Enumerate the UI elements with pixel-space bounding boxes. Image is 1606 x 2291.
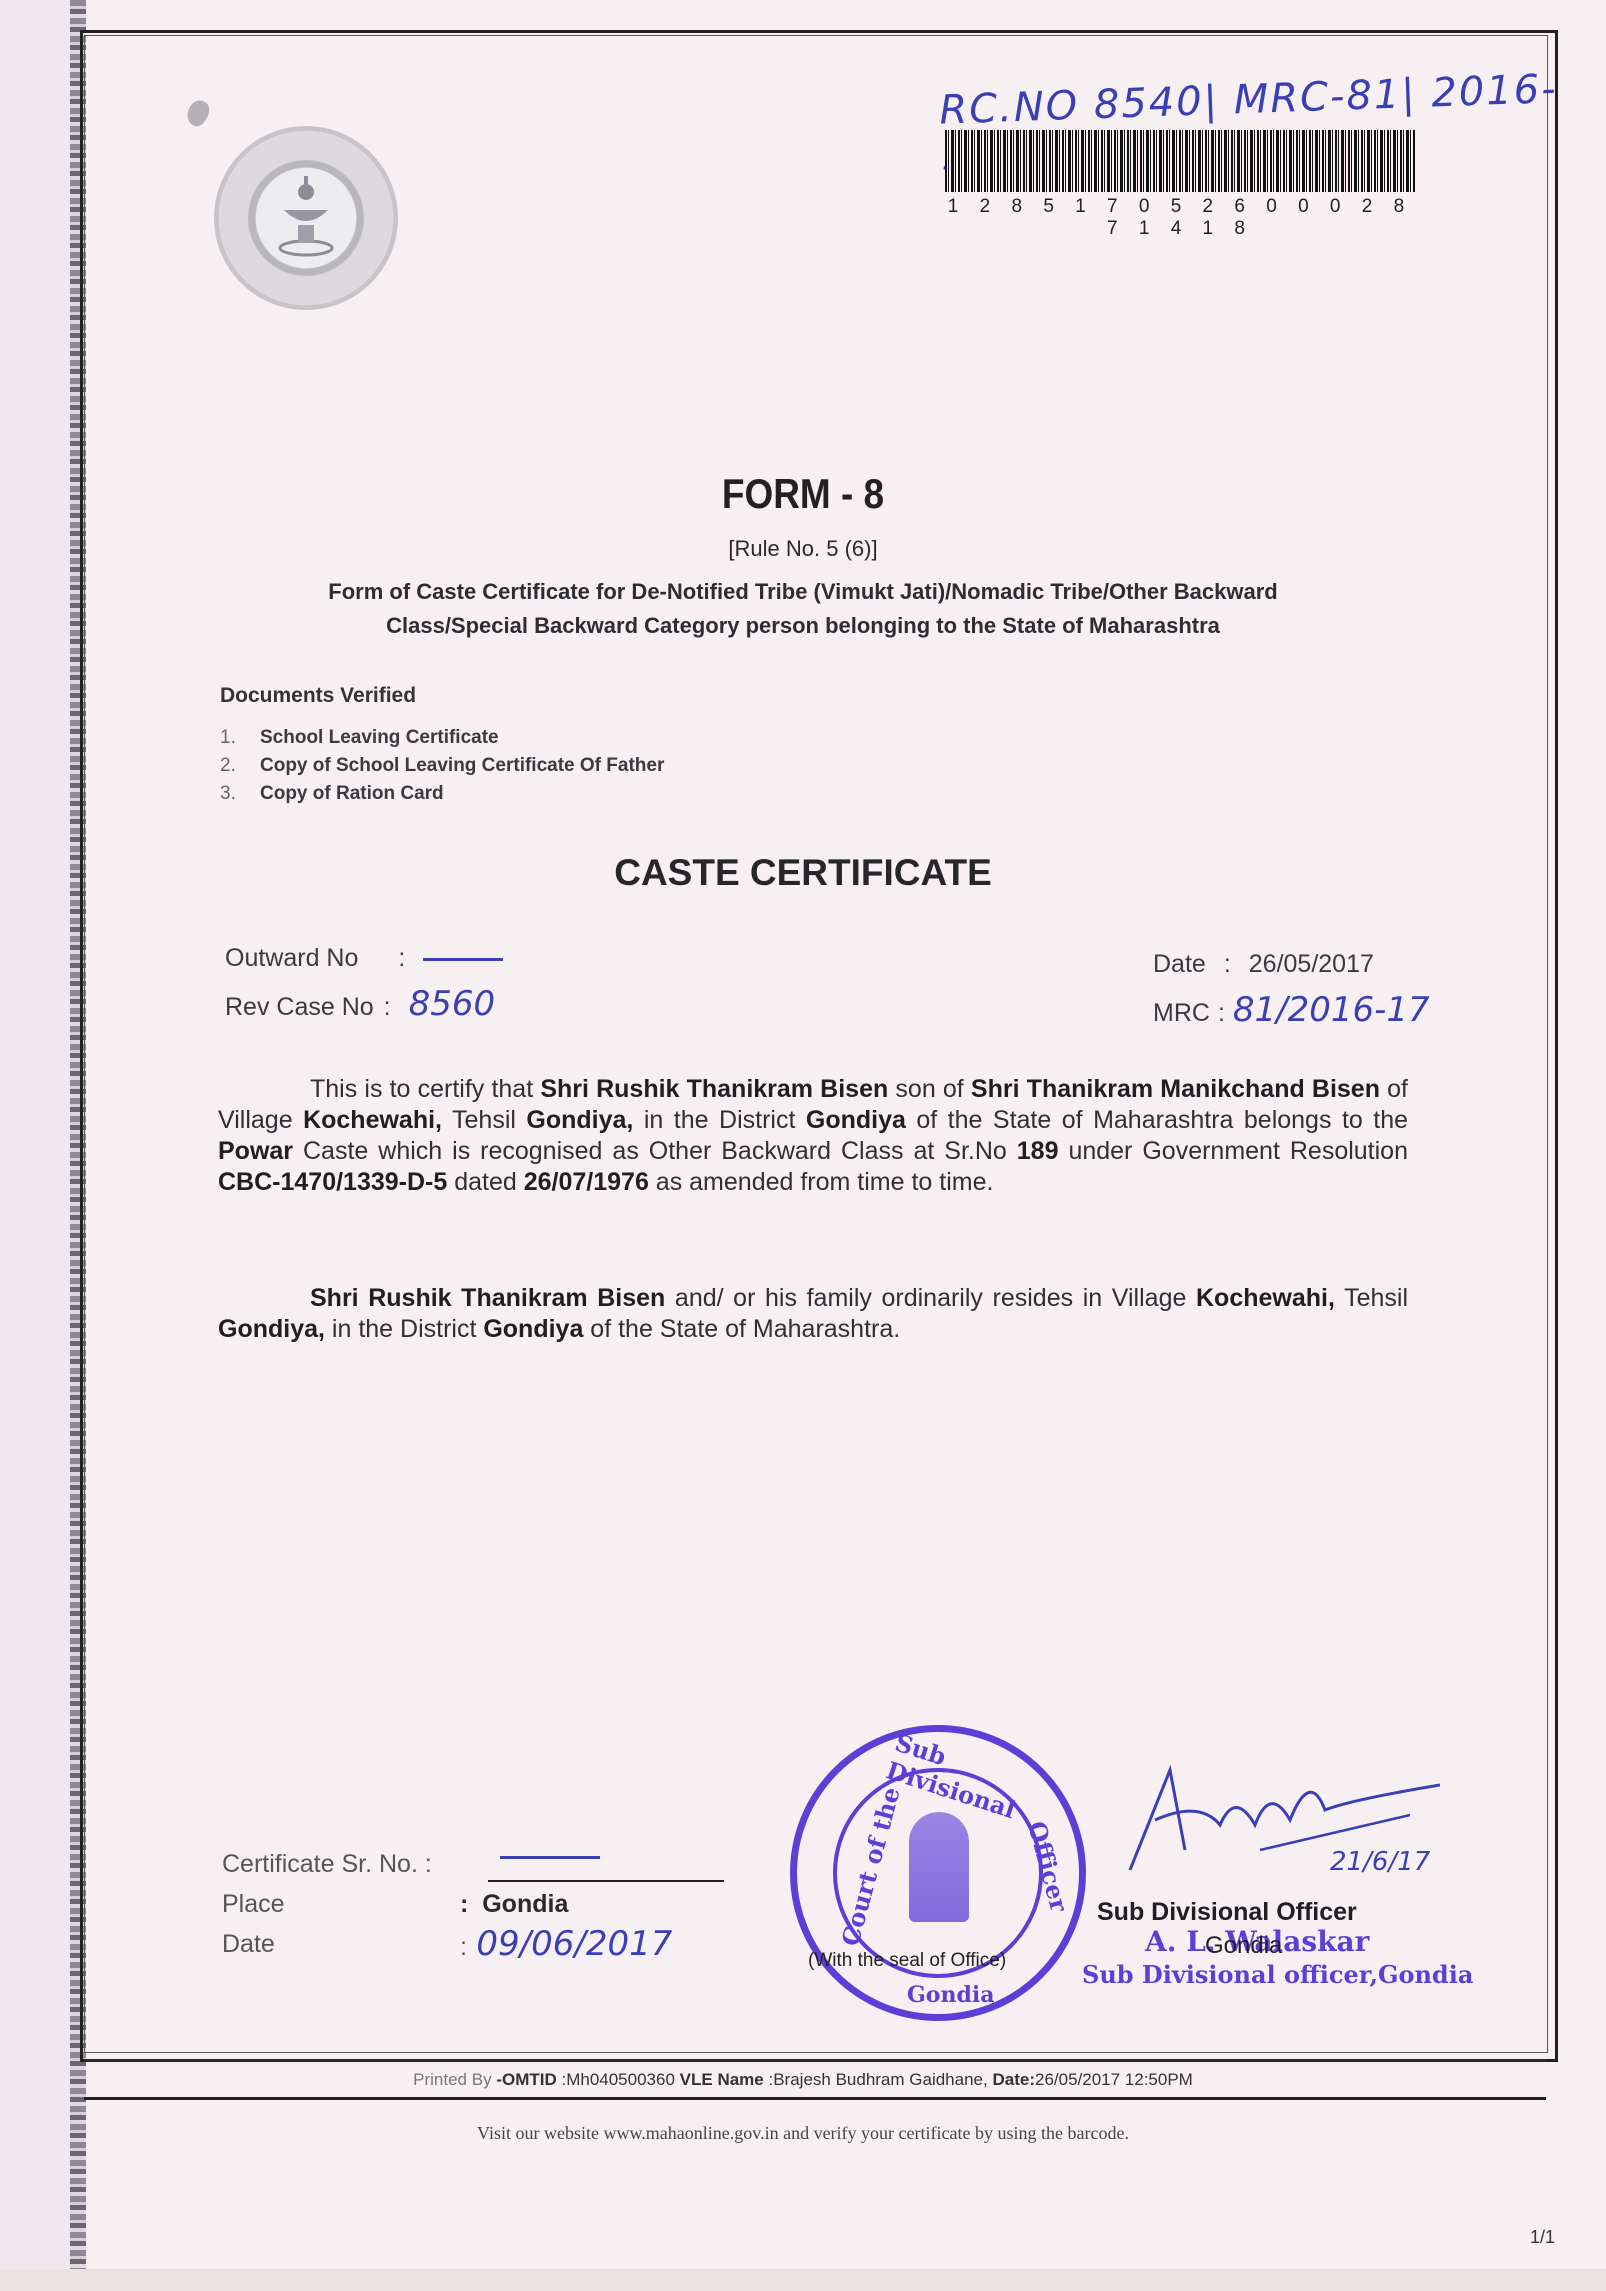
document-item: 3.Copy of Ration Card (220, 780, 664, 808)
barcode-number: 1 2 8 5 1 7 0 5 2 6 0 0 0 2 8 7 1 4 1 8 (945, 196, 1415, 240)
place-value: : Gondia (460, 1890, 568, 1919)
scan-margin (0, 0, 70, 2291)
signatory-designation-stamp: Sub Divisional officer,Gondia (1082, 1960, 1473, 1989)
scan-bottom-edge (0, 2269, 1606, 2291)
barcode (945, 130, 1415, 192)
place-label: Place (222, 1890, 285, 1919)
documents-verified-list: 1.School Leaving Certificate 2.Copy of S… (220, 724, 664, 808)
certificate-sr-no-value (500, 1856, 600, 1859)
issue-date-value: : 09/06/2017 (460, 1924, 672, 1964)
issue-date-label: Date (222, 1930, 275, 1959)
lamp-emblem-icon (276, 170, 336, 260)
document-item: 1.School Leaving Certificate (220, 724, 664, 752)
subtitle-line-1: Form of Caste Certificate for De-Notifie… (200, 575, 1406, 609)
ashoka-emblem-icon (909, 1812, 969, 1922)
signatory-place: Gondia (1205, 1932, 1282, 1960)
office-seal-stamp: Sub Divisional Court of the Officer Gond… (790, 1725, 1086, 2021)
footer-border (84, 2097, 1546, 2100)
certificate-sr-no-label: Certificate Sr. No. : (222, 1850, 432, 1879)
certificate-date-value: 26/05/2017 (1249, 950, 1374, 978)
footer-divider (84, 2060, 1546, 2061)
signature-icon: 21/6/17 (1110, 1730, 1440, 1880)
outward-no-value (423, 958, 503, 961)
rev-case-no-row: Rev Case No:8560 (225, 984, 495, 1024)
outward-no-row: Outward No: (225, 944, 503, 973)
form-title: FORM - 8 (96, 470, 1509, 518)
website-note: Visit our website www.mahaonline.gov.in … (0, 2123, 1606, 2144)
certificate-date-row: Date:26/05/2017 (1153, 950, 1374, 979)
signatory-title: Sub Divisional Officer (1097, 1898, 1357, 1927)
printed-by-line: Printed By -OMTID :Mh040500360 VLE Name … (0, 2070, 1606, 2090)
maharashtra-seal-icon (218, 130, 394, 306)
document-item: 2.Copy of School Leaving Certificate Of … (220, 752, 664, 780)
residence-paragraph: Shri Rushik Thanikram Bisen and/ or his … (218, 1283, 1408, 1345)
rule-number: [Rule No. 5 (6)] (0, 536, 1606, 562)
certificate-title: CASTE CERTIFICATE (0, 852, 1606, 894)
certificate-sr-no-line (488, 1880, 724, 1882)
certification-paragraph: This is to certify that Shri Rushik Than… (218, 1074, 1408, 1198)
page-number: 1/1 (1530, 2227, 1555, 2248)
documents-verified-title: Documents Verified (220, 684, 416, 708)
form-subtitle: Form of Caste Certificate for De-Notifie… (200, 575, 1406, 643)
svg-text:21/6/17: 21/6/17 (1330, 1847, 1431, 1877)
rev-case-no-value: 8560 (409, 984, 496, 1024)
seal-caption: (With the seal of Office) (808, 1950, 1006, 1972)
mrc-row: MRC:81/2016-17 (1153, 990, 1430, 1030)
subtitle-line-2: Class/Special Backward Category person b… (200, 609, 1406, 643)
mrc-value: 81/2016-17 (1233, 990, 1430, 1030)
